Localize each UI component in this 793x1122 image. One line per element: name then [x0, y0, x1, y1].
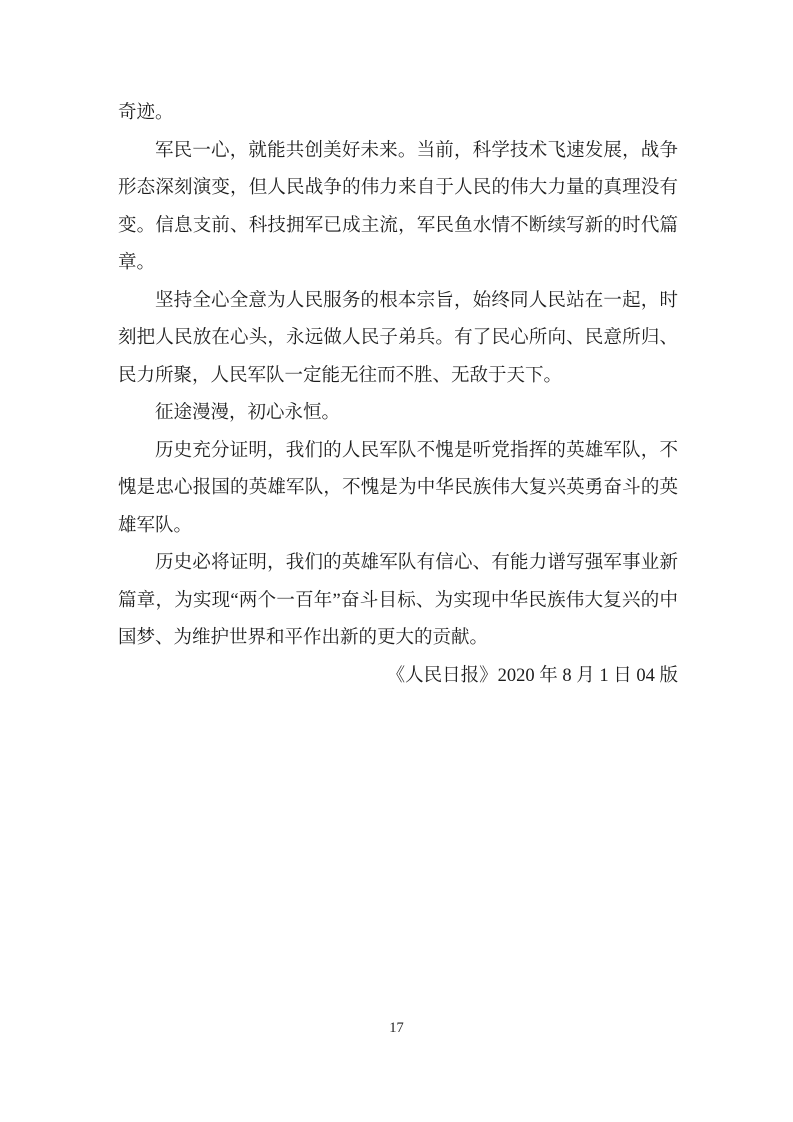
paragraph: 坚持全心全意为人民服务的根本宗旨，始终同人民站在一起，时刻把人民放在心头，永远做… [118, 283, 678, 396]
document-page: 奇迹。 军民一心，就能共创美好未来。当前，科学技术飞速发展，战争形态深刻演变，但… [0, 0, 793, 1122]
paragraph: 历史充分证明，我们的人民军队不愧是听党指挥的英雄军队，不愧是忠心报国的英雄军队，… [118, 433, 678, 546]
paragraph: 征途漫漫，初心永恒。 [118, 395, 678, 433]
page-number: 17 [0, 1020, 793, 1037]
paragraph-continuation: 奇迹。 [118, 95, 678, 133]
source-citation: 《人民日报》2020 年 8 月 1 日 04 版 [118, 658, 678, 696]
paragraph: 历史必将证明，我们的英雄军队有信心、有能力谱写强军事业新篇章，为实现“两个一百年… [118, 545, 678, 658]
paragraph: 军民一心，就能共创美好未来。当前，科学技术飞速发展，战争形态深刻演变，但人民战争… [118, 133, 678, 283]
document-body: 奇迹。 军民一心，就能共创美好未来。当前，科学技术飞速发展，战争形态深刻演变，但… [118, 95, 678, 695]
